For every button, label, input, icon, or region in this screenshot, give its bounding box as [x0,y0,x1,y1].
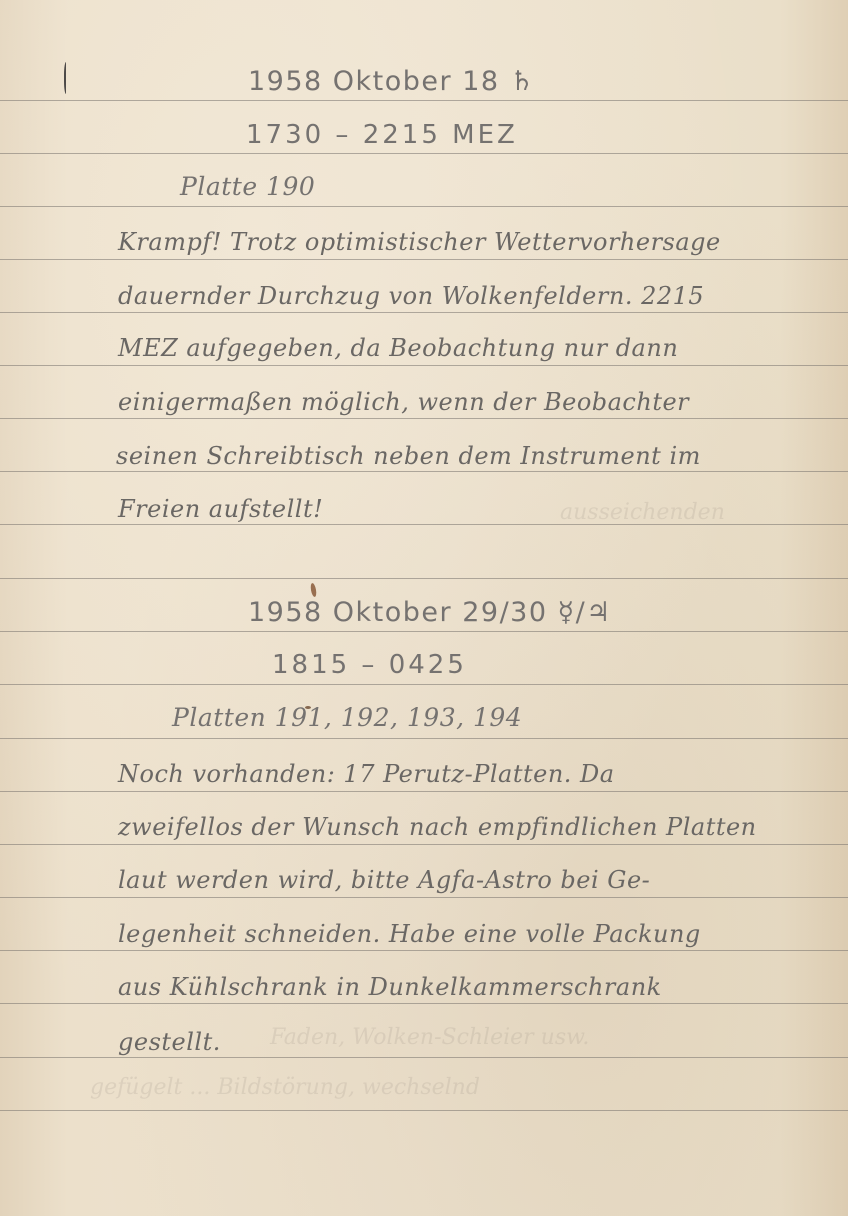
bleed-through-text: gefügelt ... Bildstörung, wechselnd [90,1075,480,1100]
ruled-line [0,100,848,101]
entry-1-line: einigermaßen möglich, wenn der Beobachte… [118,388,689,416]
entry-1-line: seinen Schreibtisch neben dem Instrument… [116,442,701,470]
entry-1-plates: Platte 190 [180,172,315,201]
entry-2-line: zweifellos der Wunsch nach empfindlichen… [118,813,757,841]
bleed-through-text: Faden, Wolken-Schleier usw. [270,1025,589,1050]
ruled-line [0,153,848,154]
ruled-line [0,578,848,579]
entry-1-line: dauernder Durchzug von Wolkenfeldern. 22… [118,282,704,310]
ruled-line [0,791,848,792]
ruled-line [0,365,848,366]
entry-2-plates: Platten 191, 192, 193, 194 [172,703,522,732]
ruled-line [0,950,848,951]
entry-2-time: 1815 – 0425 [272,650,467,680]
logbook-page: ausseichenden Faden, Wolken-Schleier usw… [0,0,848,1216]
ruled-line [0,631,848,632]
ruled-line [0,897,848,898]
ruled-line [0,738,848,739]
ruled-line [0,684,848,685]
bleed-through-text: ausseichenden [560,500,725,525]
entry-2-line: gestellt. [118,1028,221,1056]
ruled-line [0,206,848,207]
ruled-line [0,418,848,419]
ruled-line [0,1057,848,1058]
entry-1-date: 1958 Oktober 18 ♄ [248,66,535,97]
ruled-line [0,844,848,845]
entry-1-time: 1730 – 2215 MEZ [246,120,518,150]
ruled-line [0,471,848,472]
entry-1-line: MEZ aufgegeben, da Beobachtung nur dann [118,334,678,362]
entry-2-line: legenheit schneiden. Habe eine volle Pac… [118,920,701,948]
entry-2-line: laut werden wird, bitte Agfa-Astro bei G… [118,866,650,894]
entry-2-line: aus Kühlschrank in Dunkelkammerschrank [118,973,662,1001]
ink-spot [310,583,317,598]
entry-2-line: Noch vorhanden: 17 Perutz-Platten. Da [118,760,615,788]
ruled-line [0,312,848,313]
ruled-line [0,259,848,260]
ruled-line [0,1110,848,1111]
margin-mark [64,62,69,94]
entry-2-date: 1958 Oktober 29/30 ☿/♃ [248,597,612,628]
ruled-line [0,1003,848,1004]
entry-1-line: Krampf! Trotz optimistischer Wettervorhe… [118,228,721,256]
entry-1-line: Freien aufstellt! [118,495,323,523]
